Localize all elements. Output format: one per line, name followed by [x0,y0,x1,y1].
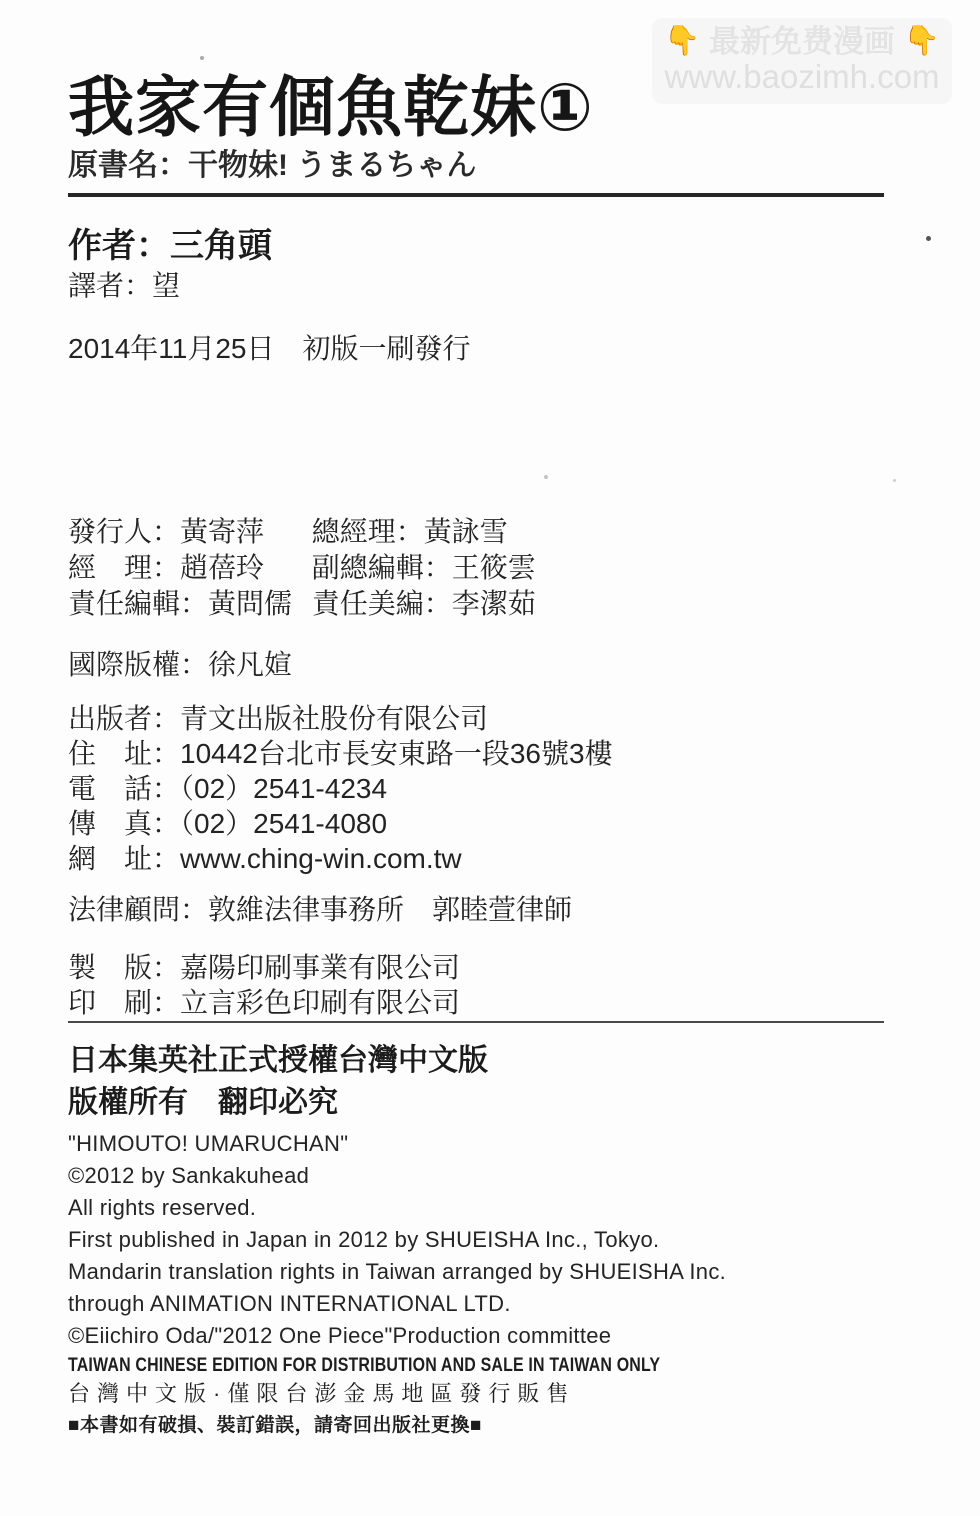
watermark-text: 最新免费漫画 [709,24,895,59]
watermark-url: www.baozimh.com [652,58,952,96]
publisher-info-block: 出版者：青文出版社股份有限公司 住 址：10442台北市長安東路一段36號3樓 … [68,701,613,876]
en-translation-rights-line: Mandarin translation rights in Taiwan ar… [68,1256,726,1288]
en-rights-line: All rights reserved. [68,1192,726,1224]
scan-artifact [893,479,896,482]
publisher-name-line: 出版者：青文出版社股份有限公司 [68,701,613,736]
printing-info-block: 製 版：嘉陽印刷事業有限公司 印 刷：立言彩色印刷有限公司 [68,950,460,1020]
staff-row: 經 理：趙蓓玲 副總編輯：王筱雲 [68,550,536,586]
en-production-committee-line: ©Eiichiro Oda/"2012 One Piece"Production… [68,1320,726,1352]
staff-manager: 經 理：趙蓓玲 [68,550,304,586]
legal-advisor-line: 法律顧問：敦維法律事務所 郭睦萱律師 [68,888,572,928]
shueisha-license-line: 日本集英社正式授權台灣中文版 [68,1035,488,1079]
original-title-line: 原書名：干物妹! うまるちゃん [68,140,476,184]
staff-row: 發行人：黃寄萍 總經理：黃詠雪 [68,514,536,550]
taiwan-only-notice-en: TAIWAN CHINESE EDITION FOR DISTRIBUTION … [68,1355,660,1377]
international-rights-line: 國際版權：徐凡媗 [68,643,292,683]
translator-line: 譯者：望 [68,264,180,304]
edition-date-line: 2014年11月25日 初版一刷發行 [68,327,471,367]
plate-making-line: 製 版：嘉陽印刷事業有限公司 [68,950,460,985]
scan-artifact [926,236,931,241]
damaged-copy-notice: ■本書如有破損、裝訂錯誤，請寄回出版社更換■ [68,1410,482,1437]
author-line: 作者：三角頭 [68,218,272,267]
printing-line: 印 刷：立言彩色印刷有限公司 [68,985,460,1020]
en-through-line: through ANIMATION INTERNATIONAL LTD. [68,1288,726,1320]
staff-deputy-editor: 副總編輯：王筱雲 [312,552,536,583]
publisher-website-line: 網 址：www.ching-win.com.tw [68,841,613,876]
staff-editor: 責任編輯：黃問儒 [68,586,304,622]
staff-credits-block: 發行人：黃寄萍 總經理：黃詠雪 經 理：趙蓓玲 副總編輯：王筱雲 責任編輯：黃問… [68,514,536,622]
scan-artifact [200,56,204,60]
divider-rule-top [68,193,884,197]
publisher-phone-line: 電 話：（02）2541-4234 [68,771,613,806]
publisher-address-line: 住 址：10442台北市長安東路一段36號3樓 [68,736,613,771]
taiwan-only-notice-zh: 台灣中文版·僅限台澎金馬地區發行販售 [68,1377,575,1408]
scan-artifact [544,475,548,479]
publisher-fax-line: 傳 真：（02）2541-4080 [68,806,613,841]
en-first-published-line: First published in Japan in 2012 by SHUE… [68,1224,726,1256]
staff-row: 責任編輯：黃問儒 責任美編：李潔茹 [68,586,536,622]
staff-publisher-name: 發行人：黃寄萍 [68,514,304,550]
en-author-copyright-line: ©2012 by Sankakuhead [68,1160,726,1192]
watermark-title-line: 👇 最新免费漫画 👇 [652,23,952,60]
copyright-reserved-line: 版權所有 翻印必究 [68,1077,338,1121]
divider-rule-bottom [68,1021,884,1023]
pointing-down-emoji-right: 👇 [904,25,940,57]
staff-art-editor: 責任美編：李潔茹 [312,588,536,619]
english-copyright-block: "HIMOUTO! UMARUCHAN" ©2012 by Sankakuhea… [68,1128,726,1352]
colophon-page: 👇 最新免费漫画 👇 www.baozimh.com 我家有個魚乾妹① 原書名：… [0,0,980,1516]
en-title-line: "HIMOUTO! UMARUCHAN" [68,1128,726,1160]
watermark-badge: 👇 最新免费漫画 👇 www.baozimh.com [652,18,952,104]
staff-general-manager: 總經理：黃詠雪 [312,516,508,547]
pointing-down-emoji-left: 👇 [664,25,700,57]
book-title: 我家有個魚乾妹① [68,54,594,149]
